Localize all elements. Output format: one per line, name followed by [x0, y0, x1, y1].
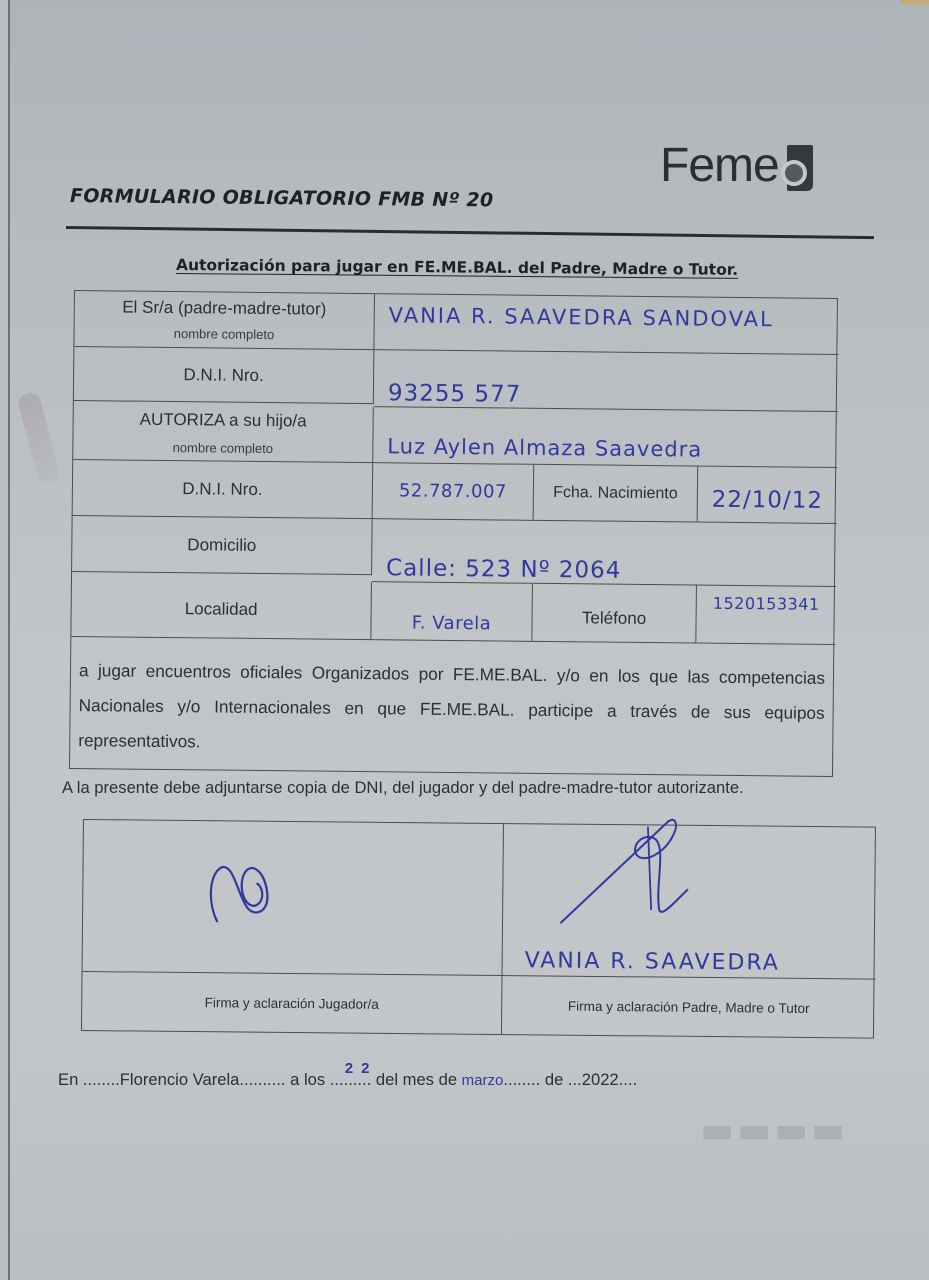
birthdate-label-cell: Fcha. Nacimiento: [534, 465, 699, 523]
phone-label-cell: Teléfono: [532, 584, 697, 644]
authorization-clause: a jugar encuentros oficiales Organizados…: [69, 637, 834, 777]
guardian-label-cell: El Sr/a (padre-madre-tutor) nombre compl…: [74, 291, 375, 350]
phone-value: 1520153341: [713, 594, 820, 614]
date-suffix: ....: [619, 1070, 637, 1089]
date-connector-3: de ...: [540, 1070, 582, 1089]
child-name-field[interactable]: Luz Aylen Almaza Saavedra: [373, 407, 838, 468]
address-label: Domicilio: [187, 535, 256, 556]
authorization-table: El Sr/a (padre-madre-tutor) nombre compl…: [69, 290, 838, 777]
birthdate-label: Fcha. Nacimiento: [553, 484, 678, 503]
guardian-dni-value: 93255 577: [388, 380, 522, 407]
player-signature-icon: [203, 853, 294, 934]
date-day-field[interactable]: .........22: [330, 1070, 372, 1089]
signature-table: VANIA R. SAAVEDRA Firma y aclaración Jug…: [81, 819, 876, 1039]
city-value: F. Varela: [412, 613, 492, 635]
player-signature-box[interactable]: [83, 820, 504, 976]
city-field[interactable]: F. Varela: [371, 582, 533, 642]
form-title: FORMULARIO OBLIGATORIO FMB Nº 20: [70, 185, 494, 211]
page-corner: [901, 0, 929, 5]
attachment-notice: A la presente debe adjuntarse copia de D…: [62, 778, 744, 798]
city-label-cell: Localidad: [71, 579, 372, 640]
child-label: AUTORIZA a su hijo/a: [140, 410, 307, 432]
guardian-signature-caption: Firma y aclaración Padre, Madre o Tutor: [502, 976, 876, 1038]
guardian-clarification: VANIA R. SAAVEDRA: [525, 948, 780, 975]
smudge-mark: [16, 391, 61, 486]
child-dni-field[interactable]: 52.787.007: [373, 463, 535, 521]
child-label-cell: AUTORIZA a su hijo/a nombre completo: [73, 404, 374, 463]
guardian-dni-label-cell: D.N.I. Nro.: [74, 347, 375, 404]
phone-label: Teléfono: [582, 608, 646, 629]
guardian-signature-icon: [555, 813, 716, 935]
address-value: Calle: 523 Nº 2064: [386, 555, 622, 583]
date-year: 2022: [582, 1070, 619, 1089]
guardian-name-field[interactable]: VANIA R. SAAVEDRA SANDOVAL: [374, 294, 839, 355]
child-dni-label: D.N.I. Nro.: [182, 479, 263, 500]
febamba-logo: Feme: [660, 141, 813, 191]
child-dni-value: 52.787.007: [399, 480, 507, 502]
birthdate-value: 22/10/12: [712, 486, 824, 513]
guardian-dni-label: D.N.I. Nro.: [183, 365, 264, 386]
child-sublabel: nombre completo: [173, 440, 274, 456]
bleed-through-stamp: ▬▬▬▬: [700, 1110, 920, 1160]
phone-field[interactable]: 1520153341: [696, 586, 836, 645]
guardian-label: El Sr/a (padre-madre-tutor): [122, 298, 326, 320]
date-prefix: En ........: [58, 1070, 120, 1089]
date-place: Florencio Varela: [120, 1070, 240, 1089]
player-signature-caption: Firma y aclaración Jugador/a: [82, 972, 503, 1034]
birthdate-field[interactable]: 22/10/12: [698, 467, 838, 524]
guardian-name-value: VANIA R. SAAVEDRA SANDOVAL: [389, 303, 774, 331]
date-month-field[interactable]: marzo........: [462, 1070, 541, 1089]
guardian-signature-box[interactable]: VANIA R. SAAVEDRA: [503, 824, 877, 980]
logo-mark-icon: [781, 141, 813, 191]
address-label-cell: Domicilio: [72, 516, 373, 575]
city-label: Localidad: [185, 599, 258, 620]
date-connector-2: del mes de: [371, 1070, 461, 1089]
logo-text: Feme: [660, 142, 779, 190]
date-day-value: 22: [345, 1060, 378, 1077]
guardian-sublabel: nombre completo: [174, 326, 275, 342]
address-field[interactable]: Calle: 523 Nº 2064: [372, 519, 837, 587]
child-name-value: Luz Aylen Almaza Saavedra: [387, 434, 702, 461]
date-place-line: En ........Florencio Varela.......... a …: [58, 1070, 637, 1090]
guardian-dni-field[interactable]: 93255 577: [374, 350, 839, 412]
date-connector-1: .......... a los: [239, 1070, 329, 1089]
date-month-value: marzo: [462, 1072, 504, 1089]
child-dni-label-cell: D.N.I. Nro.: [73, 460, 374, 519]
